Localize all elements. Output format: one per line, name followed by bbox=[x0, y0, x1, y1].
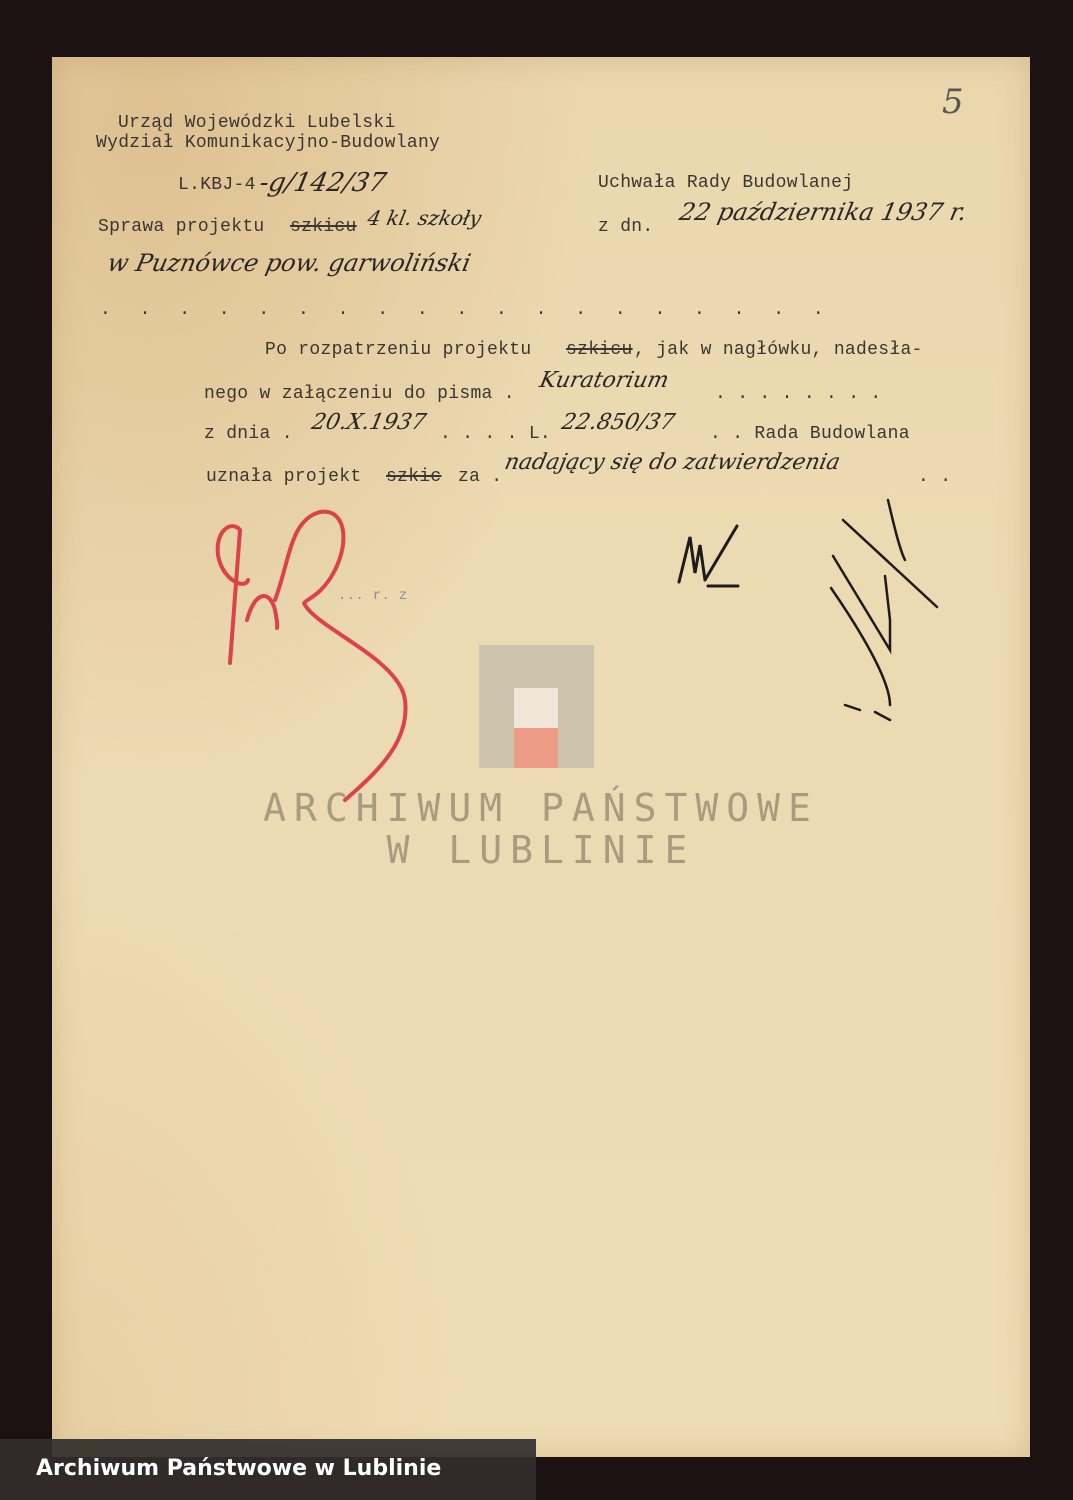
flag-red-stripe bbox=[514, 728, 558, 768]
watermark-line-1: ARCHIWUM PAŃSTWOWE bbox=[52, 786, 1030, 830]
archive-logo-watermark bbox=[479, 645, 594, 768]
flag-white-stripe bbox=[514, 688, 558, 728]
footer-archive-label: Archiwum Państwowe w Lublinie bbox=[36, 1456, 441, 1481]
watermark-line-2: W LUBLINIE bbox=[52, 828, 1030, 872]
